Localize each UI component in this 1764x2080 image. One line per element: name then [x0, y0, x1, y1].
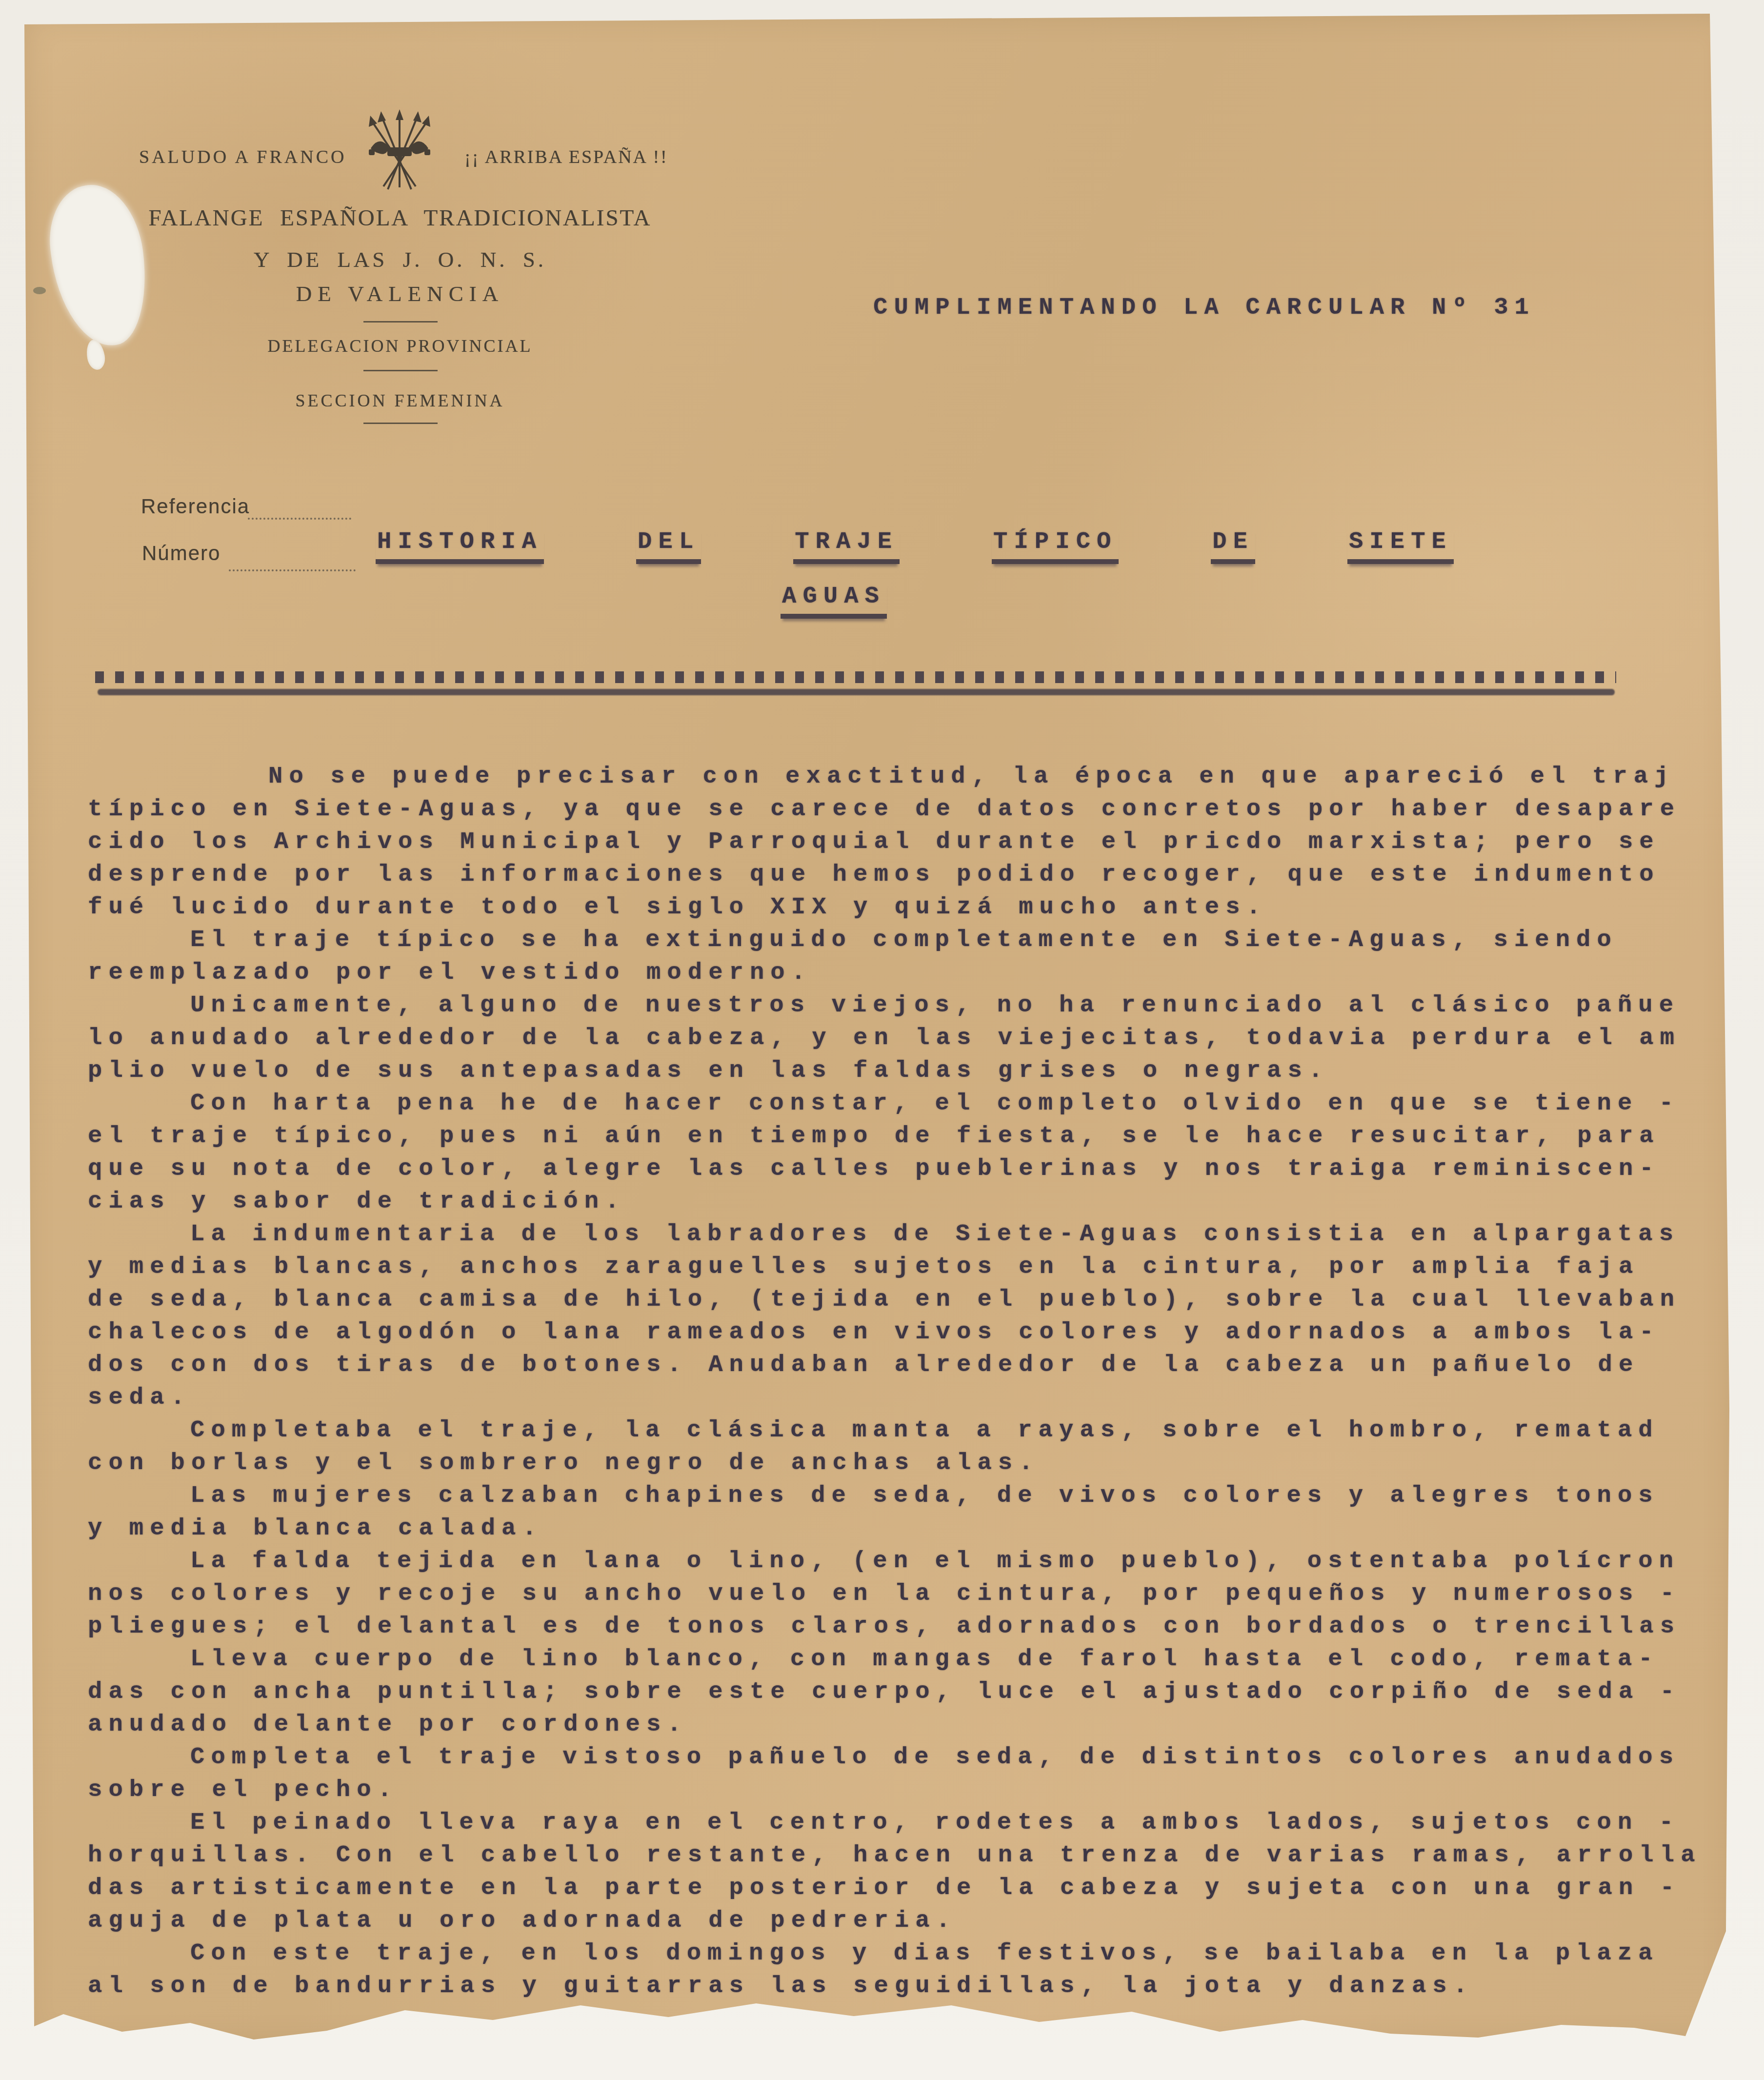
title-word: TRAJE [793, 528, 900, 564]
seccion-femenina-text: SECCION FEMENINA [59, 390, 742, 411]
typed-line: al son de bandurrias y guitarras las seg… [88, 1970, 1702, 2002]
typed-line: que su nota de color, alegre las calles … [88, 1152, 1702, 1185]
typed-line: Completaba el traje, la clásica manta a … [88, 1414, 1702, 1447]
salute-franco-text: SALUDO A FRANCO [139, 146, 347, 168]
typed-line: El peinado lleva raya en el centro, rode… [88, 1806, 1702, 1839]
letterhead-divider [363, 370, 438, 371]
title-word: DEL [636, 528, 701, 564]
typed-line: y media blanca calada. [88, 1512, 1702, 1545]
scanned-document-screenshot: { "letterhead": { "salute_left": "SALUDO… [0, 0, 1764, 2080]
letterhead-divider [363, 423, 438, 424]
typed-line: Con harta pena he de hacer constar, el c… [88, 1087, 1702, 1120]
falange-yoke-and-arrows-icon [366, 108, 433, 191]
typed-line: reemplazado por el vestido moderno. [88, 956, 1702, 989]
number-field-label: Número [142, 542, 220, 565]
typed-line: Unicamente, alguno de nuestros viejos, n… [88, 989, 1702, 1022]
typed-line: desprende por las informaciones que hemo… [88, 858, 1702, 891]
typed-line: Las mujeres calzaban chapines de seda, d… [88, 1479, 1702, 1512]
provincial-delegation-text: DELEGACION PROVINCIAL [59, 336, 742, 356]
typed-line: aguja de plata u oro adornada de pedreri… [88, 1904, 1702, 1937]
title-word: SIETE [1347, 528, 1454, 564]
typed-line: La falda tejida en lana o lino, (en el m… [88, 1545, 1702, 1577]
typed-line: lo anudado alrededor de la cabeza, y en … [88, 1022, 1702, 1054]
divider-underline [98, 689, 1615, 695]
title-word: TÍPICO [992, 528, 1119, 564]
letter-body: No se puede precisar con exactitud, la é… [88, 760, 1702, 2002]
typed-line: Completa el traje vistoso pañuelo de sed… [88, 1741, 1702, 1774]
typed-line: No se puede precisar con exactitud, la é… [88, 760, 1702, 793]
typed-line: nos colores y recoje su ancho vuelo en l… [88, 1577, 1702, 1610]
title-word: HISTORIA [376, 528, 544, 564]
typed-line: seda. [88, 1381, 1702, 1414]
typed-line: das artisticamente en la parte posterior… [88, 1872, 1702, 1904]
typed-line: dos con dos tiras de botones. Anudaban a… [88, 1349, 1702, 1381]
typed-line: y medias blancas, anchos zaraguelles suj… [88, 1251, 1702, 1283]
typed-line: pliegues; el delantal es de tonos claros… [88, 1610, 1702, 1643]
typed-line: fué lucido durante todo el siglo XIX y q… [88, 891, 1702, 924]
typed-line: horquillas. Con el cabello restante, hac… [88, 1839, 1702, 1872]
reference-field-label: Referencia [141, 495, 250, 518]
org-name-line2: Y DE LAS J. O. N. S. [59, 247, 742, 272]
dashed-divider [95, 671, 1616, 683]
reference-field-blank [248, 517, 351, 520]
typed-line: típico en Siete-Aguas, ya que se carece … [88, 793, 1702, 826]
document-title-line2: AGUAS [781, 583, 887, 619]
typed-line: das con ancha puntilla; sobre este cuerp… [88, 1676, 1702, 1708]
typed-line: Con este traje, en los domingos y dias f… [88, 1937, 1702, 1970]
document-title-line1: HISTORIADELTRAJETÍPICODESIETE [376, 528, 1454, 564]
typed-line: La indumentaria de los labradores de Sie… [88, 1218, 1702, 1251]
typed-line: cido los Archivos Municipal y Parroquial… [88, 826, 1702, 858]
number-field-blank [229, 569, 356, 571]
letter-paper: SALUDO A FRANCO ¡¡ ARRIBA ESPAÑA !! FALA… [24, 14, 1732, 2043]
arriba-espana-text: ¡¡ ARRIBA ESPAÑA !! [464, 146, 668, 168]
typed-line: el traje típico, pues ni aún en tiempo d… [88, 1120, 1702, 1152]
typed-line: Lleva cuerpo de lino blanco, con mangas … [88, 1643, 1702, 1676]
typed-line: El traje típico se ha extinguido complet… [88, 924, 1702, 956]
typed-line: plio vuelo de sus antepasadas en las fal… [88, 1054, 1702, 1087]
typed-line: cias y sabor de tradición. [88, 1185, 1702, 1218]
ink-speck [33, 287, 46, 294]
compliance-circular-line: CUMPLIMENTANDO LA CARCULAR Nº 31 [873, 294, 1535, 321]
typed-line: chalecos de algodón o lana rameados en v… [88, 1316, 1702, 1349]
typed-line: de seda, blanca camisa de hilo, (tejida … [88, 1283, 1702, 1316]
typed-line: con borlas y el sombrero negro de anchas… [88, 1447, 1702, 1479]
typed-line: sobre el pecho. [88, 1774, 1702, 1806]
org-name-line1: FALANGE ESPAÑOLA TRADICIONALISTA [59, 205, 742, 231]
letterhead-divider [363, 321, 438, 323]
typed-line: anudado delante por cordones. [88, 1708, 1702, 1741]
org-name-line3: DE VALENCIA [59, 281, 742, 306]
title-word: DE [1211, 528, 1255, 564]
